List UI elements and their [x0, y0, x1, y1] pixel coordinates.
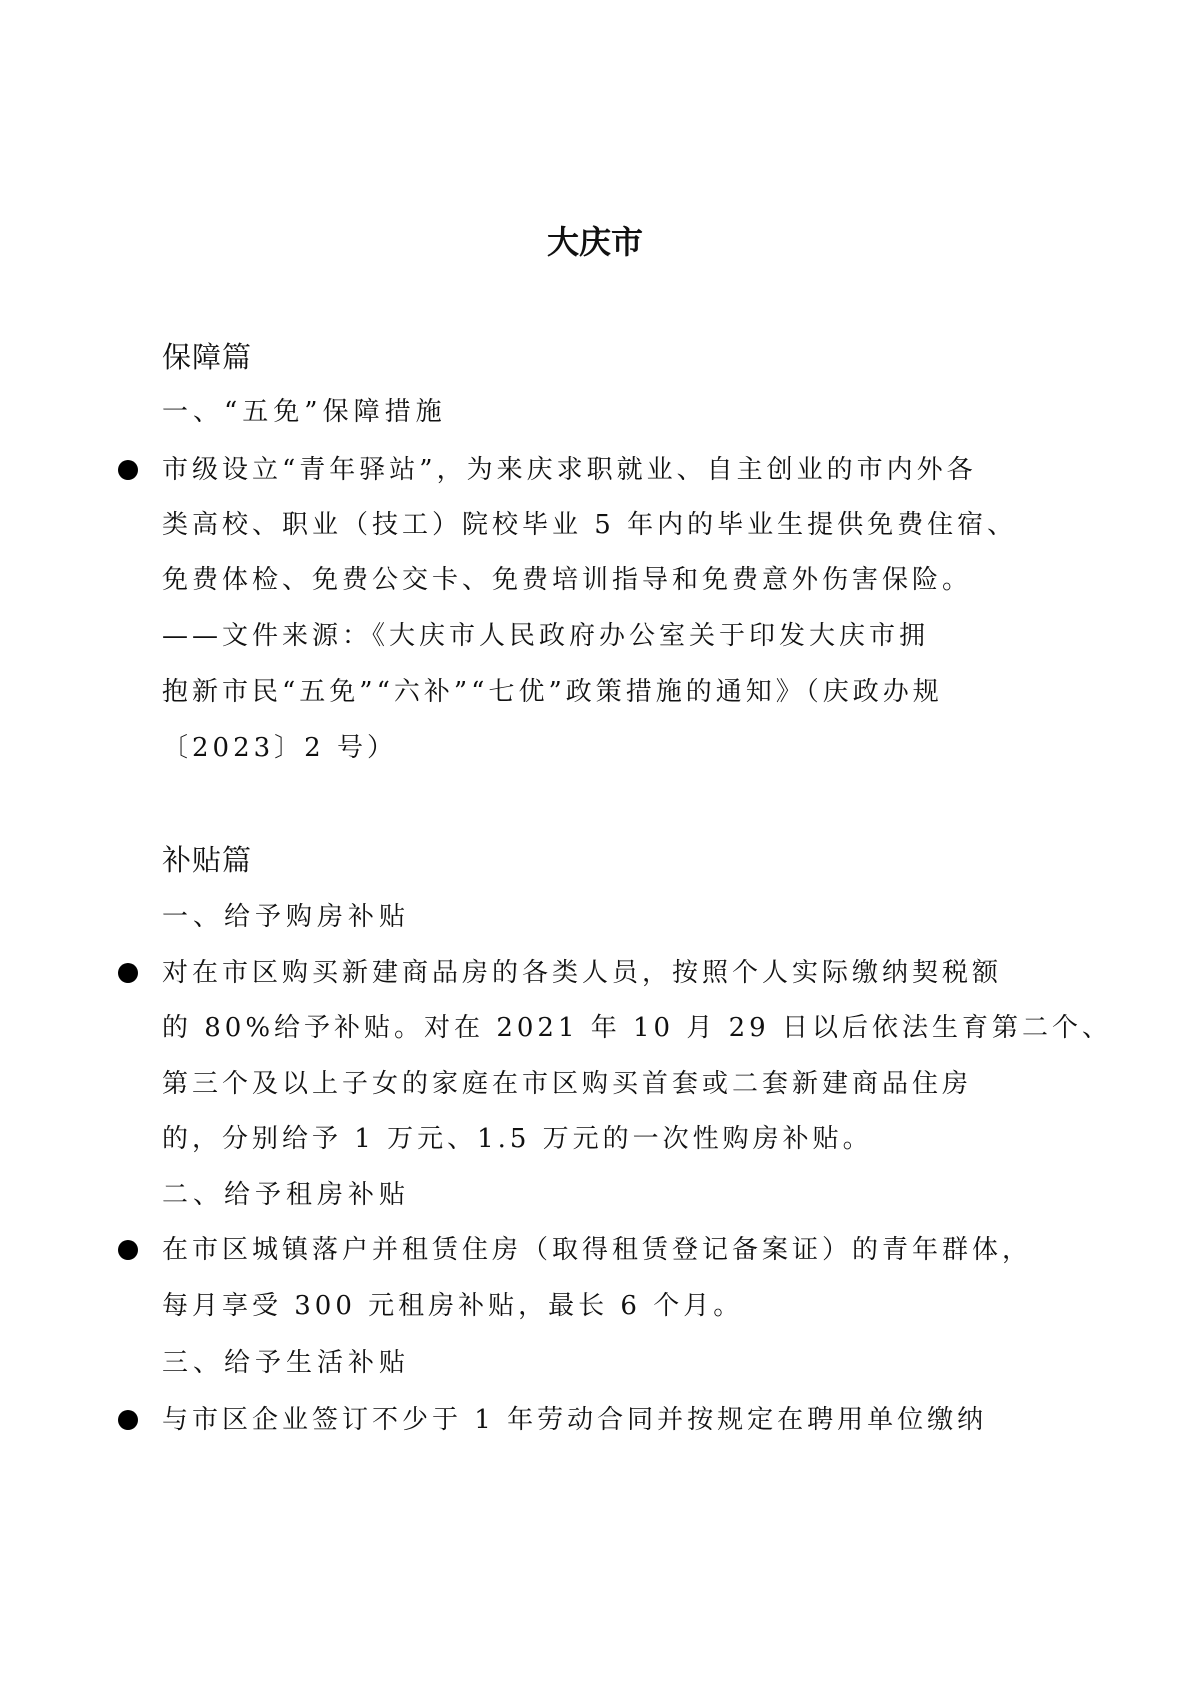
paragraph-line: 对在市区购买新建商品房的各类人员，按照个人实际缴纳契税额	[162, 953, 1002, 993]
paragraph-line: 每月享受 300 元租房补贴，最长 6 个月。	[162, 1286, 743, 1326]
source-citation-line: 抱新市民“五免”“六补”“七优”政策措施的通知》（庆政办规	[162, 672, 943, 712]
source-citation-line: 〔2023〕2 号）	[162, 728, 397, 768]
paragraph-line: 的 80%给予补贴。对在 2021 年 10 月 29 日以后依法生育第二个、	[162, 1008, 1112, 1048]
bullet-icon	[118, 1240, 138, 1260]
section-heading-guarantee: 保障篇	[162, 337, 252, 377]
page-title: 大庆市	[0, 222, 1190, 262]
bullet-icon	[118, 963, 138, 983]
subheading-housing-purchase: 一、给予购房补贴	[162, 897, 410, 937]
subheading-living: 三、给予生活补贴	[162, 1343, 410, 1383]
paragraph-line: 市级设立“青年驿站”，为来庆求职就业、自主创业的市内外各	[162, 450, 977, 490]
subheading-rent: 二、给予租房补贴	[162, 1175, 410, 1215]
subheading-five-free: 一、“五免”保障措施	[162, 392, 447, 432]
paragraph-line: 第三个及以上子女的家庭在市区购买首套或二套新建商品住房	[162, 1064, 972, 1104]
bullet-icon	[118, 460, 138, 480]
bullet-icon	[118, 1410, 138, 1430]
paragraph-line: 在市区城镇落户并租赁住房（取得租赁登记备案证）的青年群体，	[162, 1230, 1032, 1270]
paragraph-line: 类高校、职业（技工）院校毕业 5 年内的毕业生提供免费住宿、	[162, 505, 1017, 545]
source-citation-line: ——文件来源：《大庆市人民政府办公室关于印发大庆市拥	[162, 616, 929, 656]
paragraph-line: 与市区企业签订不少于 1 年劳动合同并按规定在聘用单位缴纳	[162, 1400, 987, 1440]
section-heading-subsidy: 补贴篇	[162, 840, 252, 880]
paragraph-line: 免费体检、免费公交卡、免费培训指导和免费意外伤害保险。	[162, 560, 972, 600]
paragraph-line: 的，分别给予 1 万元、1.5 万元的一次性购房补贴。	[162, 1119, 873, 1159]
